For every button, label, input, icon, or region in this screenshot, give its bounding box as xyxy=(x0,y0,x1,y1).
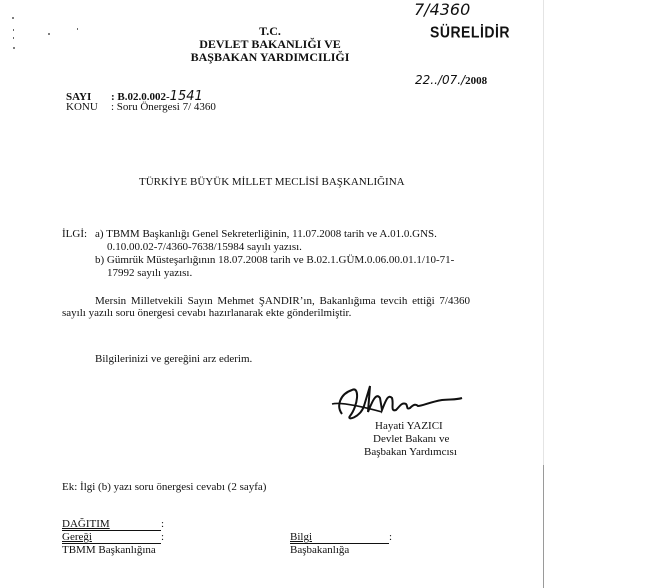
body-paragraph-line2: sayılı yazılı soru önergesi cevabı hazır… xyxy=(62,307,351,319)
colon: : xyxy=(389,531,392,543)
ilgi-label: İLGİ: xyxy=(62,228,87,240)
signatory-name: Hayati YAZICI xyxy=(375,420,443,432)
konu-value: : Soru Önergesi 7/ 4360 xyxy=(111,101,216,113)
distribution-heading-row: DAĞITIM: xyxy=(62,518,164,531)
ilgi-b-line2: 17992 sayılı yazısı. xyxy=(107,267,192,279)
konu-label: KONU xyxy=(66,101,111,113)
scan-speck xyxy=(12,17,14,19)
letterhead-line-deputy-pm: BAŞBAKAN YARDIMCILIĞI xyxy=(150,50,390,64)
letterhead-line-ministry: DEVLET BAKANLIĞI VE xyxy=(150,37,390,51)
attachment-note: Ek: İlgi (b) yazı soru önergesi cevabı (… xyxy=(62,481,266,493)
colon: : xyxy=(161,531,164,543)
ilgi-a-line2: 0.10.00.02-7/4360-7638/15984 sayılı yazı… xyxy=(107,241,302,253)
document-date: 22../07./2008 xyxy=(415,73,487,87)
scan-edge-line xyxy=(543,465,544,588)
date-year: 2008 xyxy=(465,75,487,87)
distribution-heading: DAĞITIM xyxy=(62,518,161,531)
scan-speck xyxy=(48,33,50,35)
ilgi-b-line1: b) Gümrük Müsteşarlığının 18.07.2008 tar… xyxy=(95,254,454,266)
body-paragraph-line1: Mersin Milletvekili Sayın Mehmet ŞANDIR’… xyxy=(95,295,470,307)
konu-row: KONU: Soru Önergesi 7/ 4360 xyxy=(66,101,216,113)
letterhead-line-tc: T.C. xyxy=(150,24,390,38)
handwritten-reference: 7/4360 xyxy=(414,0,470,19)
ilgi-a-line1: a) TBMM Başkanlığı Genel Sekreterliğinin… xyxy=(95,228,437,240)
signatory-title1: Devlet Bakanı ve xyxy=(373,433,449,445)
date-handwritten: 22../07./ xyxy=(415,73,465,87)
scan-speck xyxy=(13,29,14,31)
colon: : xyxy=(161,518,164,530)
distribution-info-row: Bilgi: xyxy=(290,531,392,544)
closing-sentence: Bilgilerinizi ve gereğini arz ederim. xyxy=(95,353,252,365)
urgency-stamp: SÜRELİDİR xyxy=(430,23,510,41)
distribution-info-label: Bilgi xyxy=(290,531,389,544)
distribution-action-label: Gereği xyxy=(62,531,161,544)
scan-speck xyxy=(13,37,14,39)
distribution-action-recipient: TBMM Başkanlığına xyxy=(62,544,156,556)
distribution-action-row: Gereği: xyxy=(62,531,164,544)
distribution-info-recipient: Başbakanlığa xyxy=(290,544,349,556)
signatory-title2: Başbakan Yardımcısı xyxy=(364,446,457,458)
signature-scribble-icon xyxy=(330,376,490,426)
scan-speck xyxy=(13,47,15,49)
scan-speck xyxy=(77,28,78,30)
addressee: TÜRKİYE BÜYÜK MİLLET MECLİSİ BAŞKANLIĞIN… xyxy=(139,176,405,188)
